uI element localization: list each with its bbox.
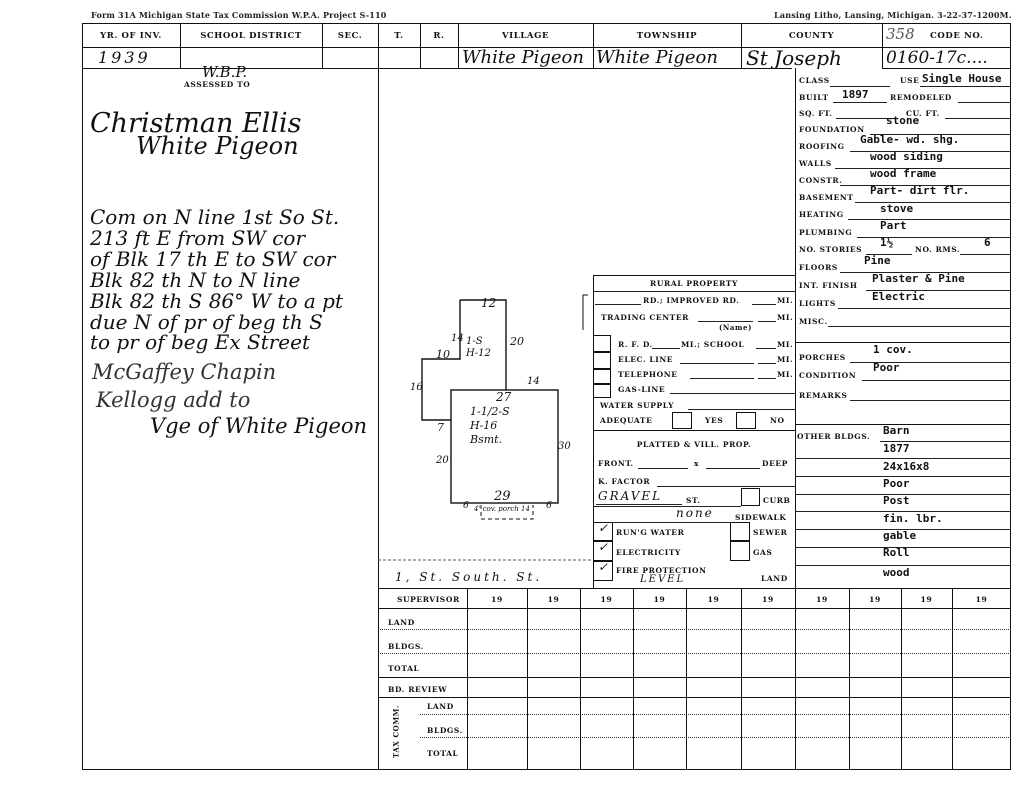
tax-comm-label: TAX COMM. [392, 702, 401, 762]
rfd-label: R. F. D. [618, 340, 653, 349]
owner-location[interactable]: White Pigeon [136, 132, 299, 160]
tc-bldgs-label: BLDGS. [427, 726, 463, 735]
misc-label: MISC. [799, 317, 828, 326]
constr-value[interactable]: wood frame [870, 167, 936, 180]
year-header[interactable]: 19 [952, 595, 1011, 604]
main-basement: Bsmt. [470, 433, 510, 447]
val-col [849, 588, 850, 770]
gas-line-label: GAS-LINE [618, 385, 665, 394]
col-divider [741, 23, 742, 68]
built-blank [833, 102, 887, 103]
sidewalk-label: SIDEWALK [735, 513, 787, 522]
heating-value[interactable]: stove [880, 202, 913, 215]
village-value[interactable]: White Pigeon [462, 47, 584, 68]
dim-label: 14 [451, 333, 464, 344]
other-bldg-line[interactable]: fin. lbr. [883, 512, 943, 525]
condition-blank [862, 380, 1010, 381]
sewer-checkbox[interactable] [730, 522, 750, 541]
telephone-mi-blank [758, 378, 776, 379]
built-label: BUILT [799, 93, 829, 102]
rfd-blank [652, 348, 680, 349]
other-bldg-line[interactable]: gable [883, 529, 916, 542]
rd-mi: MI. [777, 296, 793, 305]
upper-wing-stories: 1-S [466, 336, 491, 348]
other-bldg-line[interactable]: Post [883, 494, 910, 507]
trading-mi-blank [758, 321, 776, 322]
elec-line-label: ELEC. LINE [618, 355, 673, 364]
k-factor-label: K. FACTOR [598, 477, 650, 486]
rd-label: RD.; IMPROVED RD. [643, 296, 739, 305]
valuation-header-bottom [378, 608, 1011, 609]
val-col [467, 588, 468, 770]
deep-blank [706, 468, 760, 469]
main-height: H-16 [470, 419, 510, 433]
adequate-yes-checkbox[interactable] [672, 412, 692, 429]
other-bldg-line[interactable]: 1877 [883, 442, 910, 455]
elec-line-checkbox[interactable] [593, 352, 611, 369]
rural-title-rule [593, 291, 795, 292]
rung-water-label: RUN'G WATER [616, 528, 684, 537]
code-row-divider [882, 68, 1011, 69]
trading-mi: MI. [777, 313, 793, 322]
mi-school-label: MI.; SCHOOL [681, 340, 744, 349]
condition-label: CONDITION [799, 371, 856, 380]
code-no-value[interactable]: 0160-17c.... [886, 48, 988, 68]
printer-note: Lansing Litho, Lansing, Michigan. 3-22-3… [774, 10, 1012, 20]
rooms-label: NO. RMS. [915, 245, 960, 254]
val-col [741, 588, 742, 770]
walls-value[interactable]: wood siding [870, 150, 943, 163]
adequate-label: ADEQUATE [600, 416, 652, 425]
dim-label: 12 [481, 296, 496, 310]
val-col [952, 588, 953, 770]
year-header[interactable]: 19 [741, 595, 795, 604]
floors-value[interactable]: Pine [864, 254, 891, 267]
other-bldgs-label: OTHER BLDGS. [797, 432, 870, 441]
stories-value[interactable]: 1½ [880, 236, 893, 249]
basement-value[interactable]: Part- dirt flr. [870, 184, 969, 197]
r-header: R. [420, 31, 458, 41]
rd-blank [595, 304, 641, 305]
remarks-blank [850, 400, 1010, 401]
year-header[interactable]: 19 [467, 595, 527, 604]
sewer-label: SEWER [753, 528, 788, 537]
front-label: FRONT. [598, 459, 634, 468]
rd-mi-blank [752, 304, 776, 305]
lights-label: LIGHTS [799, 299, 836, 308]
year-header[interactable]: 19 [849, 595, 901, 604]
dim-label: 10 [436, 348, 450, 361]
dim-label: 14 [527, 376, 540, 387]
int-finish-value[interactable]: Plaster & Pine [872, 272, 965, 285]
tc-land-label: LAND [427, 702, 454, 711]
rfd-checkbox[interactable] [593, 335, 611, 352]
use-label: USE [900, 76, 919, 85]
val-col [686, 588, 687, 770]
supervisor-bottom [378, 677, 1011, 678]
code-no-header: CODE NO. [930, 31, 983, 41]
other-bldg-line[interactable]: Poor [883, 477, 910, 490]
curb-row-rule [593, 506, 741, 507]
constr-label: CONSTR. [799, 176, 842, 185]
school-blank [756, 348, 776, 349]
cu-ft-blank [945, 118, 1010, 119]
fire-protection-check: ✓ [598, 560, 608, 574]
basement-blank [855, 202, 1010, 203]
sq-ft-label: SQ. FT. [799, 109, 833, 118]
val-col [580, 588, 581, 770]
use-blank [920, 86, 1010, 87]
year-header[interactable]: 19 [901, 595, 952, 604]
gas-checkbox[interactable] [730, 541, 750, 561]
dim-label: 29 [494, 489, 511, 504]
gas-line-checkbox[interactable] [593, 384, 611, 398]
val-col [633, 588, 634, 770]
main-stories: 1-1/2-S [470, 405, 510, 419]
plat-line: McGaffey Chapin [92, 360, 276, 384]
walls-label: WALLS [799, 159, 832, 168]
tc-total-label: TOTAL [427, 749, 458, 758]
adequate-no-checkbox[interactable] [736, 412, 756, 429]
dim-label: 27 [496, 390, 511, 404]
rural-bottom [593, 430, 795, 431]
built-value[interactable]: 1897 [842, 88, 869, 101]
roofing-value[interactable]: Gable- wd. shg. [860, 133, 959, 146]
trading-center-blank [698, 321, 753, 322]
water-supply-blank [688, 409, 795, 410]
upper-wing-notes: 1-S H-12 [466, 336, 491, 360]
year-header[interactable]: 19 [633, 595, 686, 604]
upper-wing-height: H-12 [466, 348, 491, 360]
elec-line-blank [680, 363, 754, 364]
val-col [901, 588, 902, 770]
porches-label: PORCHES [799, 353, 846, 362]
col-divider [882, 23, 883, 68]
elec-mi: MI. [777, 355, 793, 364]
plumbing-label: PLUMBING [799, 228, 852, 237]
land-row-label: LAND [388, 618, 415, 627]
rural-top [593, 275, 795, 276]
trading-center-label: TRADING CENTER [601, 313, 689, 322]
col-divider [322, 23, 323, 68]
col-divider [420, 23, 421, 68]
year-header[interactable]: 19 [527, 595, 580, 604]
street-note: 1, St. South. St. [395, 570, 542, 584]
class-label: CLASS [799, 76, 830, 85]
telephone-mi: MI. [777, 370, 793, 379]
plumbing-value[interactable]: Part [880, 219, 907, 232]
bldgs-dotted [378, 653, 1011, 654]
condition-value[interactable]: Poor [873, 361, 900, 374]
street-value[interactable]: GRAVEL [598, 489, 662, 503]
township-value[interactable]: White Pigeon [596, 47, 718, 68]
dim-label: 6 [546, 501, 552, 511]
form-number-note: Form 31A Michigan State Tax Commission W… [91, 10, 387, 20]
county-value[interactable]: St Joseph [746, 46, 842, 70]
sidewalk-value[interactable]: none [676, 506, 714, 520]
electricity-label: ELECTRICITY [616, 548, 681, 557]
supervisor-label: SUPERVISOR [397, 595, 460, 604]
tc-bldgs-dotted [420, 737, 1011, 738]
class-blank [830, 86, 890, 87]
curb-label: CURB [763, 496, 790, 505]
remodeled-blank [958, 102, 1010, 103]
sec-header: SEC. [322, 31, 378, 41]
floors-label: FLOORS [799, 263, 838, 272]
name-hint: (Name) [719, 323, 752, 332]
k-factor-blank [657, 486, 795, 487]
bd-review-label: BD. REVIEW [388, 685, 447, 694]
gas-label: GAS [753, 548, 772, 557]
curb-checkbox[interactable] [741, 488, 760, 506]
dim-label: 7 [437, 421, 444, 434]
legal-line: to pr of beg Ex Street [90, 330, 310, 354]
col-divider [593, 23, 594, 68]
electricity-check: ✓ [598, 540, 608, 554]
sidewalk-rule [593, 522, 733, 523]
dim-label: 16 [410, 382, 423, 393]
other-bldg-line[interactable]: wood [883, 566, 910, 579]
basement-label: BASEMENT [799, 193, 854, 202]
telephone-blank [690, 378, 754, 379]
val-col [795, 588, 796, 770]
no-label: NO [770, 416, 785, 425]
year-header[interactable]: 19 [580, 595, 633, 604]
elec-mi-blank [758, 363, 776, 364]
year-header[interactable]: 19 [686, 595, 741, 604]
int-finish-label: INT. FINISH [799, 281, 858, 290]
valuation-top [378, 588, 1011, 589]
tc-land-dotted [420, 714, 1011, 715]
county-header: COUNTY [741, 31, 882, 41]
remodeled-label: REMODELED [890, 93, 952, 102]
details-divider [795, 68, 796, 588]
school-district-header: SCHOOL DISTRICT [180, 31, 322, 41]
plat-line: Kellogg add to [96, 388, 250, 412]
remarks-label: REMARKS [799, 391, 847, 400]
assessor-initials: W.B.P. [202, 63, 247, 81]
roofing-label: ROOFING [799, 142, 845, 151]
rural-property-title: RURAL PROPERTY [593, 279, 795, 288]
stories-label: NO. STORIES [799, 245, 862, 254]
lights-blank [838, 308, 1010, 309]
col-divider [458, 23, 459, 68]
use-value[interactable]: Single House [922, 72, 1001, 85]
school-mi: MI. [777, 340, 793, 349]
land-label: LAND [761, 574, 788, 583]
misc-blank [828, 326, 1010, 327]
porches-value[interactable]: 1 cov. [873, 343, 913, 356]
front-blank [638, 468, 688, 469]
plat-line: Vge of White Pigeon [150, 414, 367, 438]
land-dotted [378, 629, 1011, 630]
dim-label: 30 [558, 441, 571, 452]
row-rule [795, 458, 1011, 459]
yes-label: YES [705, 416, 723, 425]
village-header: VILLAGE [458, 31, 593, 41]
total-row-label: TOTAL [388, 664, 419, 673]
yr-of-inv-value[interactable]: 1939 [98, 48, 151, 67]
yr-of-inv-header: YR. OF INV. [82, 31, 180, 41]
st-label: ST. [686, 496, 700, 505]
col-divider [180, 23, 181, 68]
telephone-checkbox[interactable] [593, 369, 611, 384]
assessed-to-label: ASSESSED TO [184, 80, 250, 89]
dim-label: 20 [510, 335, 524, 348]
foundation-label: FOUNDATION [799, 125, 865, 134]
foundation-value[interactable]: stone [886, 114, 919, 127]
rooms-blank [960, 254, 1010, 255]
bd-review-bottom [378, 697, 1011, 698]
platted-title: PLATTED & VILL. PROP. [593, 440, 795, 449]
rung-water-check: ✓ [598, 521, 608, 535]
township-header: TOWNSHIP [593, 31, 741, 41]
rooms-value[interactable]: 6 [984, 236, 991, 249]
dim-label: 20 [436, 455, 449, 466]
t-header: T. [378, 31, 420, 41]
x-label: x [694, 459, 699, 468]
land-value[interactable]: LEVEL [640, 574, 685, 585]
code-no-annotation: 358 [886, 25, 915, 43]
heating-label: HEATING [799, 210, 844, 219]
other-bldg-line[interactable]: 24x16x8 [883, 460, 929, 473]
dim-label: 6 [463, 501, 469, 511]
street-blank [596, 504, 682, 505]
deep-label: DEEP [762, 459, 788, 468]
value-row-divider [82, 68, 792, 69]
heating-blank [848, 219, 1010, 220]
lights-value[interactable]: Electric [872, 290, 925, 303]
main-block-notes: 1-1/2-S H-16 Bsmt. [470, 405, 510, 447]
bldgs-row-label: BLDGS. [388, 642, 424, 651]
other-bldg-line[interactable]: Barn [883, 424, 910, 437]
gas-line-blank [670, 393, 795, 394]
telephone-label: TELEPHONE [618, 370, 678, 379]
water-supply-label: WATER SUPPLY [600, 401, 674, 410]
other-bldg-line[interactable]: Roll [883, 546, 910, 559]
val-col [527, 588, 528, 770]
year-header[interactable]: 19 [795, 595, 849, 604]
porch-note: 4' cov. porch 14 [474, 505, 530, 513]
